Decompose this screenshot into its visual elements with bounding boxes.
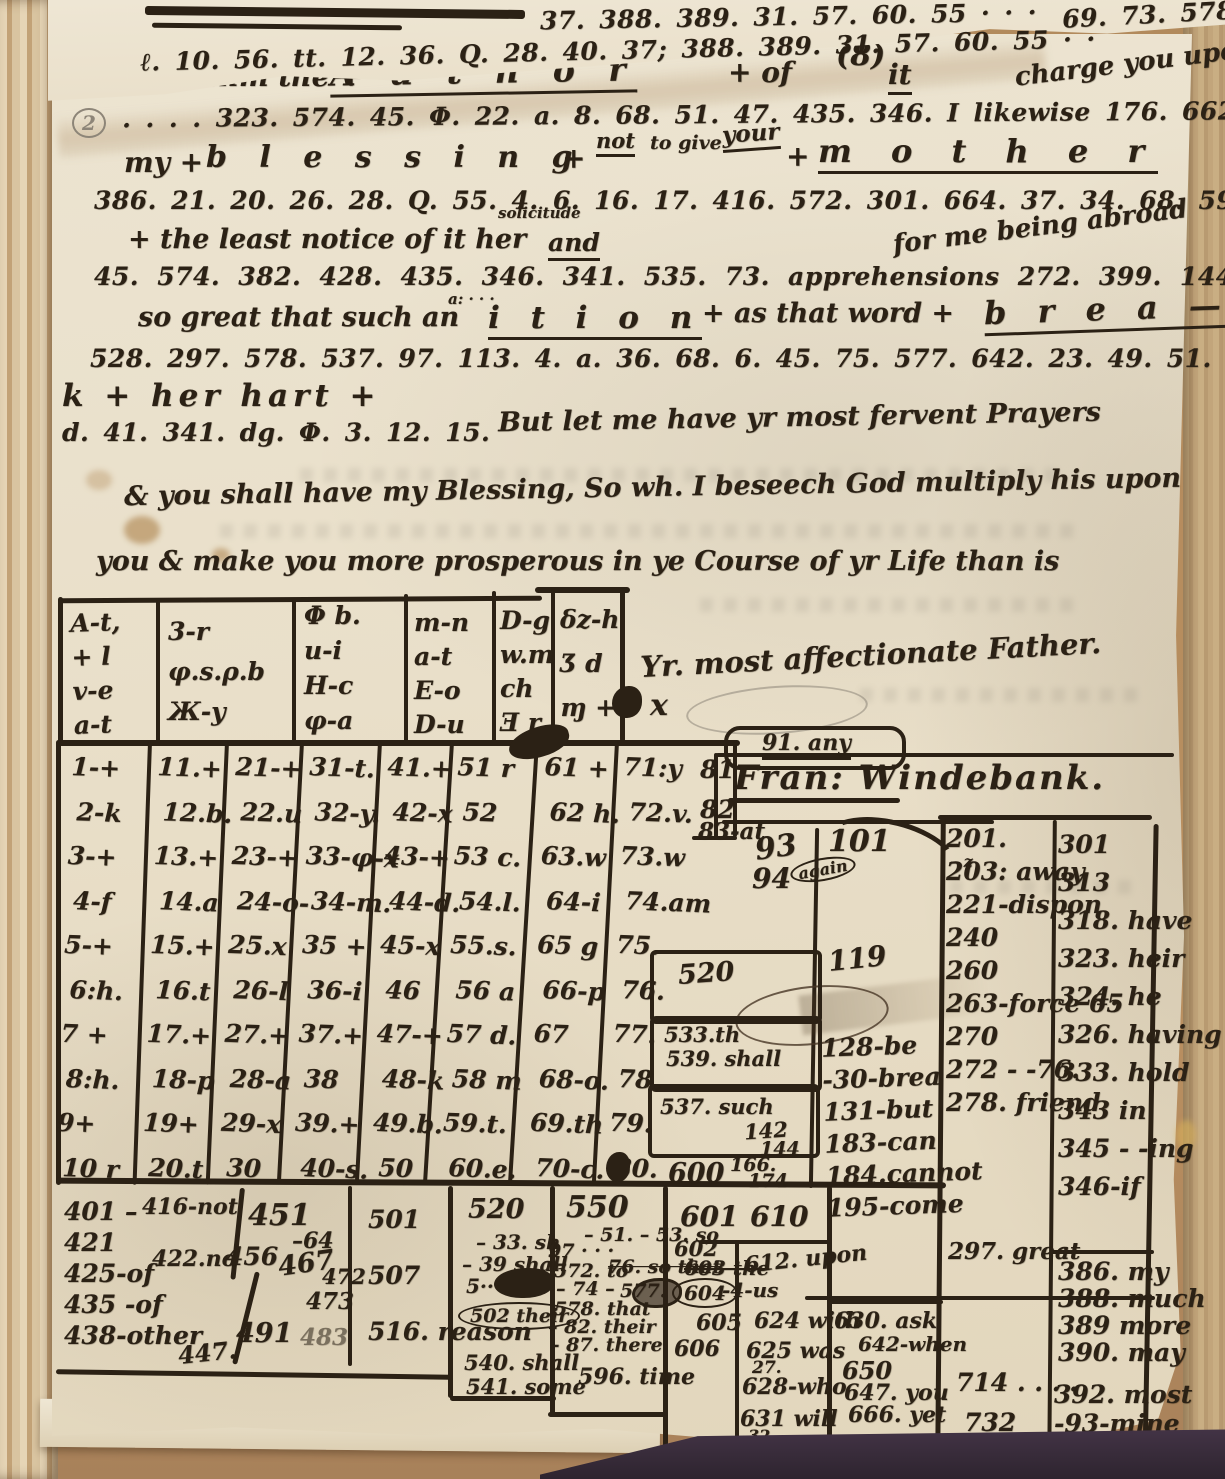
stain (124, 516, 160, 544)
cipher-cell: 416-not (142, 1194, 238, 1220)
cipher-cell: 6:h. (69, 975, 127, 1006)
table-line (156, 600, 160, 742)
key-pair: φ.s.ρ.b (168, 652, 265, 692)
cipher-cell: 600 (668, 1158, 724, 1189)
cipher-cell: 62 h. (549, 797, 620, 829)
cipher-cell: 435 -of (64, 1289, 202, 1320)
showthrough (860, 688, 1140, 702)
cipher-cell: 64-i (545, 886, 616, 918)
key-cell: Φ b.u-iH-cφ-a (304, 598, 361, 738)
cipher-cell: – 74 – (556, 1278, 615, 1300)
correction-mark: – z (950, 852, 973, 871)
table-line (938, 815, 1152, 820)
cipher-cell: 67 (533, 1019, 611, 1051)
key-pair: φ-a (304, 703, 361, 738)
cipher-cell: 388. much (1058, 1285, 1206, 1312)
cipher-cell: 30 (226, 1153, 299, 1185)
cipher-cell: 605 (696, 1310, 742, 1336)
signature: Fran: Windebank. (734, 758, 1105, 798)
cipher-cell: 23-+ (231, 841, 311, 873)
key-cell: m-na-tE-oD-u (414, 606, 469, 742)
cipher-cell: -4-us (722, 1278, 778, 1302)
cipher-cell: 345 - -ing (1058, 1130, 1222, 1168)
cipher-cell: 630. ask (834, 1308, 937, 1334)
cipher-cell: 29-x (221, 1108, 301, 1140)
cipher-cell: 541. some (466, 1374, 586, 1399)
cipher-cell: 550 (566, 1190, 629, 1225)
cipher-cell: 533.th (664, 1022, 740, 1047)
ink-blot (612, 686, 642, 718)
cipher-cell: 11.+ (157, 752, 235, 784)
key-pair: E-o (414, 674, 469, 708)
table-line (492, 591, 496, 742)
cipher-cell: 537. such (660, 1094, 774, 1119)
manuscript-photo: 37. 388. 389. 31. 57. 60. 55 · · · 69. 7… (0, 0, 1225, 1479)
cipher-cell: 69.th (530, 1108, 608, 1140)
letter-keyword: i t i o n (488, 300, 702, 340)
key-pair: D-g (500, 604, 554, 638)
column-300s-b: 386. my388. much389 more390. may (1058, 1258, 1206, 1366)
column-300s: 301313318. have323. heir324. he326. havi… (1058, 826, 1222, 1206)
cipher-cell: 57 d. (446, 1019, 524, 1051)
x-mark: x (650, 688, 668, 723)
cipher-cell: 22.u (240, 797, 313, 829)
cipher-cell: 323. heir (1058, 940, 1222, 978)
table-line (700, 1240, 832, 1244)
cipher-cell: 539. shall (666, 1046, 781, 1071)
book-spine-page-edges (0, 0, 58, 1479)
letter-word: + the least notice of it her (128, 224, 526, 255)
table-line (58, 740, 740, 746)
cipher-cell: 55.s. (450, 930, 528, 962)
cipher-cell: 68-o. (538, 1064, 609, 1096)
cipher-cell: 20.t (148, 1153, 219, 1185)
letter-word: k + her hart + (62, 378, 380, 414)
letter-word: it (888, 58, 912, 95)
cipher-cell: 596. time (578, 1364, 695, 1390)
table-line (620, 588, 625, 742)
cipher-cell: 390. may (1058, 1339, 1206, 1366)
cipher-cell: 65 g (537, 930, 615, 962)
cipher-cell: 50 (378, 1153, 450, 1185)
cipher-cell: 56 a (455, 975, 526, 1007)
letter-word: not (596, 128, 635, 157)
cipher-cell: 472 (322, 1264, 366, 1289)
cipher-cell: 26-l (233, 975, 306, 1007)
cipher-cell: 447. (177, 1335, 238, 1370)
key-pair: δz-h (560, 598, 619, 642)
letter-word: you & make you more prosperous in ye Cou… (96, 546, 1059, 577)
cipher-cell: 456 (226, 1242, 278, 1271)
cipher-cell: 45-x (380, 930, 459, 962)
cipher-cell: 74.am (624, 886, 711, 918)
letter-word: your (721, 118, 781, 153)
cipher-cell: 10 r (62, 1153, 120, 1184)
cipher-cell: 13.+ (153, 841, 231, 873)
cipher-cell: 28-a (229, 1064, 302, 1096)
letter-keyword: b r e a — (983, 286, 1225, 337)
cipher-cell: 21-+ (235, 752, 315, 784)
cipher-cell: 318. have (1058, 902, 1222, 940)
letter-word: my + (124, 146, 203, 179)
cipher-cell: 91. any (762, 730, 851, 760)
cipher-cell: 483 (300, 1324, 348, 1351)
letter-keyword: m o t h e r (818, 132, 1158, 174)
signature-underline (728, 798, 900, 803)
cipher-cell: 94 (752, 862, 791, 895)
key-pair: 3-r (168, 612, 265, 652)
cipher-cell: 2-k (76, 797, 134, 828)
cipher-cell: 389 more (1058, 1312, 1206, 1339)
cipher-cell: 44-d. (388, 886, 460, 918)
key-pair: H-c (304, 668, 361, 703)
table-line (58, 597, 63, 745)
cipher-cell: 27.+ (224, 1019, 304, 1051)
cipher-cell: 297. great (948, 1238, 1080, 1265)
cipher-cell: 58 m (451, 1064, 522, 1096)
letter-word: so great that such an (138, 302, 459, 333)
cipher-line: d. 41. 341. dg. Φ. 3. 12. 15. (62, 418, 490, 447)
key-pair: D-u (414, 708, 469, 742)
table-line (827, 1300, 943, 1304)
cipher-line: 528. 297. 578. 537. 97. 113. 4. a. 36. 6… (90, 344, 1225, 373)
cipher-cell: 119 (826, 939, 888, 978)
cipher-cell: 12.b. (162, 797, 233, 829)
cipher-cell: 9+ (57, 1108, 122, 1140)
cipher-cell: 16.t (155, 975, 226, 1007)
cipher-cell: 666. yet (848, 1402, 946, 1428)
key-pair: u-i (304, 633, 361, 668)
cipher-cell: 25.x (228, 930, 308, 962)
cipher-cell: 46 (385, 975, 457, 1007)
key-pair: Ж-y (168, 692, 265, 732)
cipher-cell: 601 (680, 1200, 738, 1233)
cipher-cell: 18-p (151, 1064, 222, 1096)
table-line (548, 1412, 666, 1417)
cipher-cell: 346-if (1058, 1168, 1222, 1206)
cipher-cell: 473 (306, 1288, 354, 1315)
key-pair: w.m (500, 638, 554, 672)
cipher-cell: 642-when (858, 1332, 967, 1356)
key-pair: A-t, (70, 605, 121, 641)
key-cell: D-gw.mchƎ r (500, 604, 554, 740)
cipher-cell: 60.e. (448, 1153, 519, 1185)
table-line (535, 587, 630, 593)
cipher-cell: 14.a (158, 886, 229, 918)
cipher-cell: 52 (462, 797, 533, 829)
cipher-cell: 43-+ (383, 841, 462, 873)
key-pair: ch (500, 672, 554, 706)
cipher-cell: 42-x (392, 797, 464, 829)
cipher-cell: 491 (236, 1318, 292, 1349)
cipher-line: 45. 574. 382. 428. 435. 346. 341. 535. 7… (94, 262, 1225, 291)
book-fore-edge (1183, 0, 1225, 1462)
cipher-cell: 7 + (60, 1019, 125, 1051)
cipher-cell: 63.w (540, 841, 618, 873)
table-line (292, 600, 296, 742)
cipher-cell: 47-+ (376, 1019, 455, 1051)
key-pair: a-t (73, 707, 124, 743)
letter-sup: solicitude (498, 204, 581, 222)
showthrough (220, 524, 1080, 538)
cipher-c: 606 (674, 1336, 720, 1362)
cipher-cell: 628-who (742, 1374, 847, 1400)
cipher-cell: 4-f (72, 886, 130, 917)
key-pair: a-t (414, 640, 469, 674)
cipher-cell: 81 (700, 750, 735, 790)
cipher-cell: 19+ (143, 1108, 221, 1140)
cipher-cell: 61 + (544, 752, 622, 784)
cipher-cell: 333. hold (1058, 1054, 1222, 1092)
letter-word: and (548, 228, 600, 261)
pencil-number: 2 (72, 108, 106, 138)
cipher-cell: 70-c. (535, 1153, 606, 1185)
key-pair: ɱ + (560, 686, 619, 730)
cipher-cell: 313 (1058, 864, 1222, 902)
key-pair: + l (71, 639, 122, 675)
letter-word: + (786, 140, 809, 173)
cipher-cell: 301 (1058, 826, 1222, 864)
showthrough (700, 598, 1080, 612)
key-pair: Φ b. (304, 598, 361, 633)
cipher-cell: 8:h. (65, 1064, 123, 1095)
cipher-cell: 610 (750, 1200, 808, 1233)
table-line (404, 594, 408, 742)
cipher-cell: 54.l. (458, 886, 529, 918)
cipher-cell: 1-+ (71, 752, 136, 784)
letter-keyword: b l e s s i n g (206, 140, 584, 175)
stain (86, 470, 112, 490)
cipher-cell: 326. having (1058, 1016, 1222, 1054)
cipher-cell: 48-k (381, 1064, 453, 1096)
cipher-cell: 17.+ (146, 1019, 224, 1051)
cipher-cell: – 87. there (550, 1334, 663, 1356)
key-cell: A-t,+ lv-ea-t (70, 605, 125, 743)
key-pair: Ʒ d (560, 642, 619, 686)
ink-blot (606, 1152, 630, 1182)
key-cell: 3-rφ.s.ρ.bЖ-y (168, 612, 265, 732)
cipher-cell: 5-+ (64, 930, 129, 962)
cipher-cell: 324. he (1058, 978, 1222, 1016)
letter-word: + as that word + (702, 298, 954, 329)
cipher-cell: 59.t. (443, 1108, 521, 1140)
letter-word: + (562, 142, 585, 175)
key-pair: m-n (414, 606, 469, 640)
cipher-cell: 714 . . . . (956, 1368, 1078, 1397)
cipher-cell: 41.+ (387, 752, 466, 784)
cipher-cell: 3-+ (67, 841, 132, 873)
cipher-cell: 24-o- (236, 886, 309, 918)
cipher-cell: 73.w (619, 841, 713, 874)
cipher-cell: 97 · · · (548, 1240, 614, 1262)
cipher-cell: 422.no (152, 1246, 236, 1272)
cipher-cell: 15.+ (150, 930, 228, 962)
cipher-cell: 174 (748, 1170, 788, 1192)
cipher-cell: 343 in (1058, 1092, 1222, 1130)
ink-blot (494, 1268, 554, 1298)
cipher-cell: 520 (677, 956, 735, 991)
cipher-cell: 53 c. (453, 841, 531, 873)
key-pair: v-e (72, 673, 123, 709)
cipher-cell: 195-come (826, 1187, 984, 1224)
cipher-cell: 520 (468, 1194, 524, 1225)
cipher-cell: 66-p (542, 975, 613, 1007)
letter-word: to give (650, 132, 722, 154)
cipher-cell: 49.b. (373, 1108, 452, 1140)
key-cell: δz-hƷ dɱ + (560, 598, 619, 730)
